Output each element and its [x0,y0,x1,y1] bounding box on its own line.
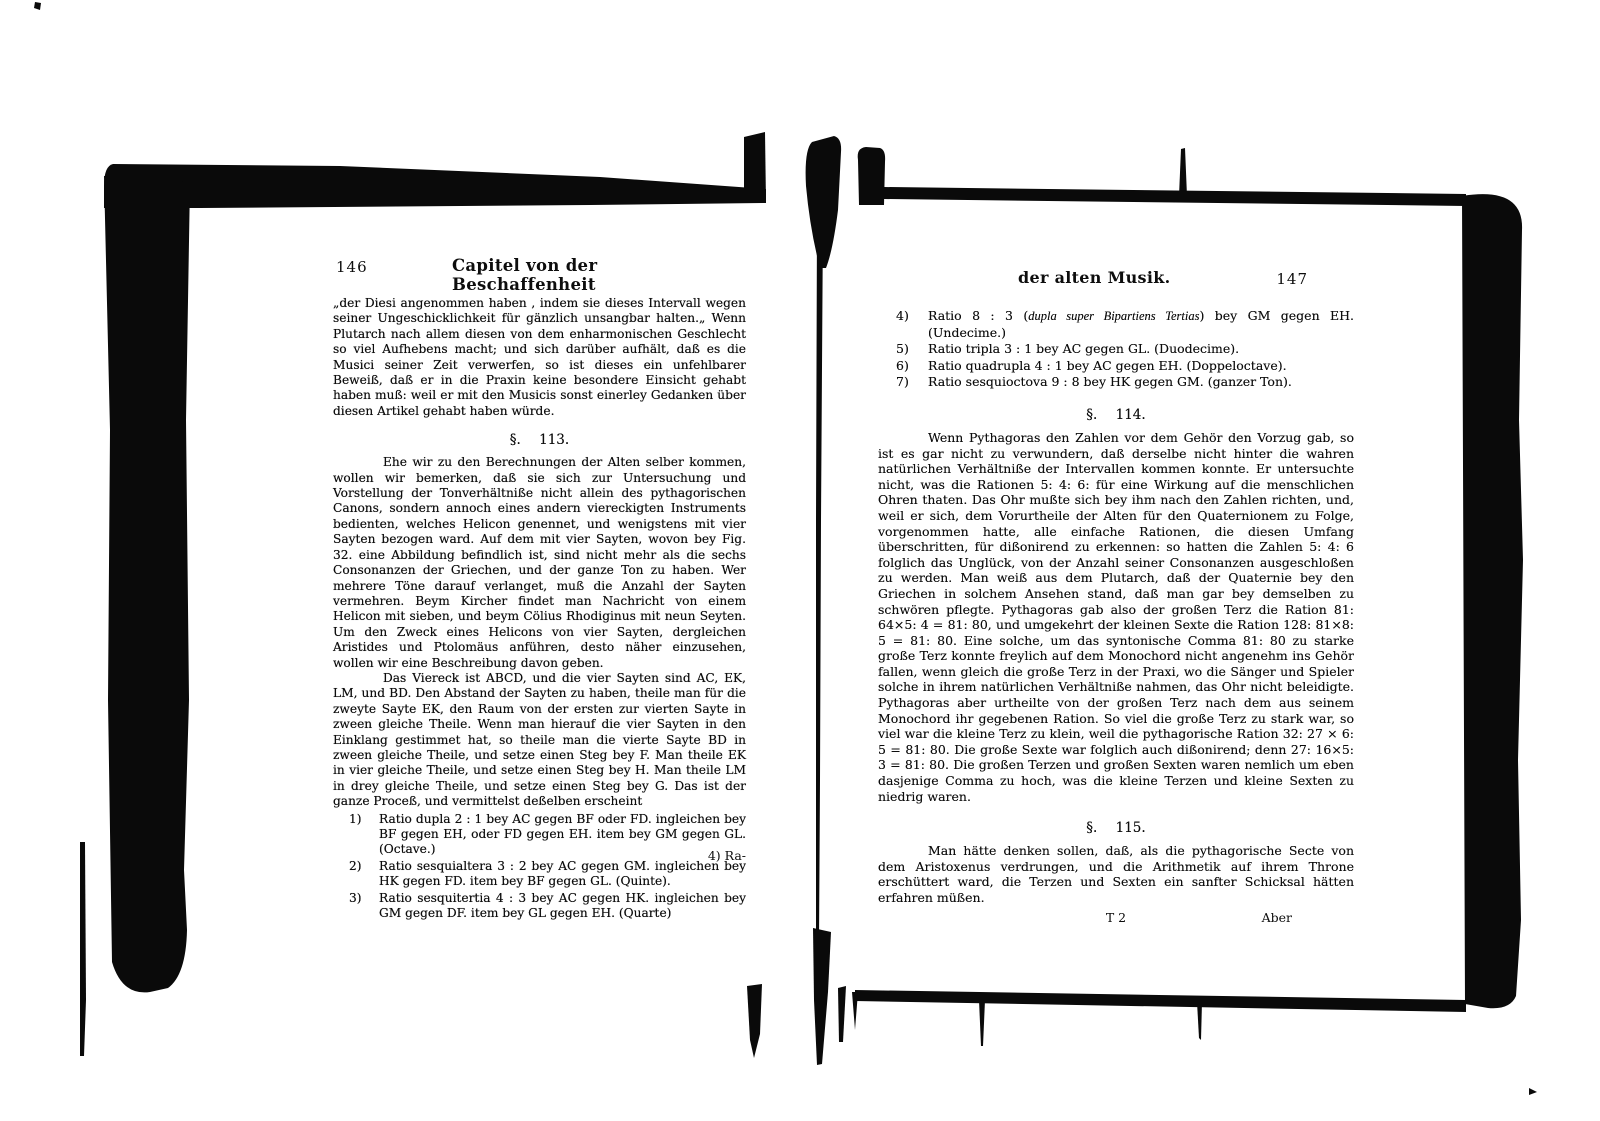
speck-top-left [34,2,41,10]
ratio-item-4-number: 4) [896,308,909,324]
section-113-paragraph-1: Ehe wir zu den Berechnungen der Alten se… [333,455,746,671]
section-115-heading: §. 115. [878,820,1354,836]
ratio-item-5-text: Ratio tripla 3 : 1 bey AC gegen GL. (Duo… [928,341,1239,356]
right-page-top-border [884,187,1466,206]
left-intro-paragraph: „der Diesi angenommen haben , indem sie … [333,296,746,419]
left-running-head: Capitel von der Beschaffenheit [452,256,746,294]
ratio-item-6-text: Ratio quadrupla 4 : 1 bey AC gegen EH. (… [928,358,1287,373]
right-page-side-border [1462,194,1523,1008]
right-running-head: der alten Musik. [1018,268,1170,287]
ratio-item-4-latin-phrase: dupla super Bipartiens Tertias [1028,309,1199,323]
left-catchword: 4) Ra- [708,848,746,863]
left-page: 146 Capitel von der Beschaffenheit „der … [333,256,746,921]
ratio-item-5: 5) Ratio tripla 3 : 1 bey AC gegen GL. (… [878,341,1354,357]
scan-artifacts [0,0,1600,1121]
right-page: der alten Musik. 147 4)Ratio 8 : 3 (dupl… [878,268,1354,928]
ratio-item-6-number: 6) [896,358,909,374]
ratio-item-5-number: 5) [896,341,909,357]
left-page-header-row: 146 Capitel von der Beschaffenheit [333,256,746,286]
ratio-item-1-number: 1) [349,812,362,827]
ratio-item-7: 7) Ratio sesquioctova 9 : 8 bey HK gegen… [878,374,1354,390]
ratio-item-3-text: Ratio sesquitertia 4 : 3 bey AC gegen HK… [379,891,746,920]
ratio-item-1: 1) Ratio dupla 2 : 1 bey AC gegen BF ode… [333,812,746,858]
gutter-fold-line [816,215,823,940]
left-page-side-border [104,176,190,992]
section-113-paragraph-2: Das Viereck ist ABCD, und die vier Sayte… [333,671,746,810]
section-115-paragraph: Man hätte denken sollen, daß, als die py… [878,843,1354,905]
right-page-bottom-border [855,990,1466,1012]
ratio-item-2: 2) Ratio sesquialtera 3 : 2 bey AC gegen… [333,859,746,890]
right-bottom-border-tick-1 [979,1000,985,1046]
left-edge-thin-line [80,842,86,1056]
right-top-border-tick [1179,148,1187,196]
right-page-footer-row: T 2 Aber [878,910,1354,928]
speck-bottom-right [1529,1088,1537,1095]
ratio-item-7-number: 7) [896,374,909,390]
section-113-heading: §. 113. [333,432,746,448]
ratio-item-4: 4)Ratio 8 : 3 (dupla super Bipartiens Te… [878,308,1354,340]
right-bottom-border-tick-2 [1197,1002,1202,1040]
gutter-bottom-taper [813,928,831,1065]
right-page-header-row: der alten Musik. 147 [878,268,1354,298]
gutter-bottom-sliver-2 [852,992,858,1030]
left-bottom-dash [747,984,762,1058]
ratio-item-7-text: Ratio sesquioctova 9 : 8 bey HK gegen GM… [928,374,1292,389]
ratio-list-1-3: 1) Ratio dupla 2 : 1 bey AC gegen BF ode… [333,812,746,922]
ratio-item-2-text: Ratio sesquialtera 3 : 2 bey AC gegen GM… [379,859,746,888]
ratio-item-3: 3) Ratio sesquitertia 4 : 3 bey AC gegen… [333,891,746,922]
book-scan: 146 Capitel von der Beschaffenheit „der … [0,0,1600,1121]
left-page-number: 146 [336,258,368,276]
gutter-top-blob [806,136,842,268]
ratio-item-3-number: 3) [349,891,362,906]
right-catchword: Aber [1262,910,1292,925]
left-page-top-border [104,164,766,208]
left-top-border-end-tick [744,132,766,203]
ratio-list-4-7: 4)Ratio 8 : 3 (dupla super Bipartiens Te… [878,308,1354,390]
section-114-paragraph: Wenn Pythagoras den Zahlen vor dem Gehör… [878,430,1354,804]
right-page-number: 147 [1276,270,1308,288]
right-top-border-start-blob [858,147,885,205]
ratio-item-4-text-pre: Ratio 8 : 3 ( [928,308,1028,323]
ratio-item-6: 6) Ratio quadrupla 4 : 1 bey AC gegen EH… [878,358,1354,374]
ratio-item-1-text: Ratio dupla 2 : 1 bey AC gegen BF oder F… [379,812,746,857]
ratio-item-2-number: 2) [349,859,362,874]
gutter-bottom-sliver-1 [838,986,846,1042]
section-114-heading: §. 114. [878,407,1354,423]
